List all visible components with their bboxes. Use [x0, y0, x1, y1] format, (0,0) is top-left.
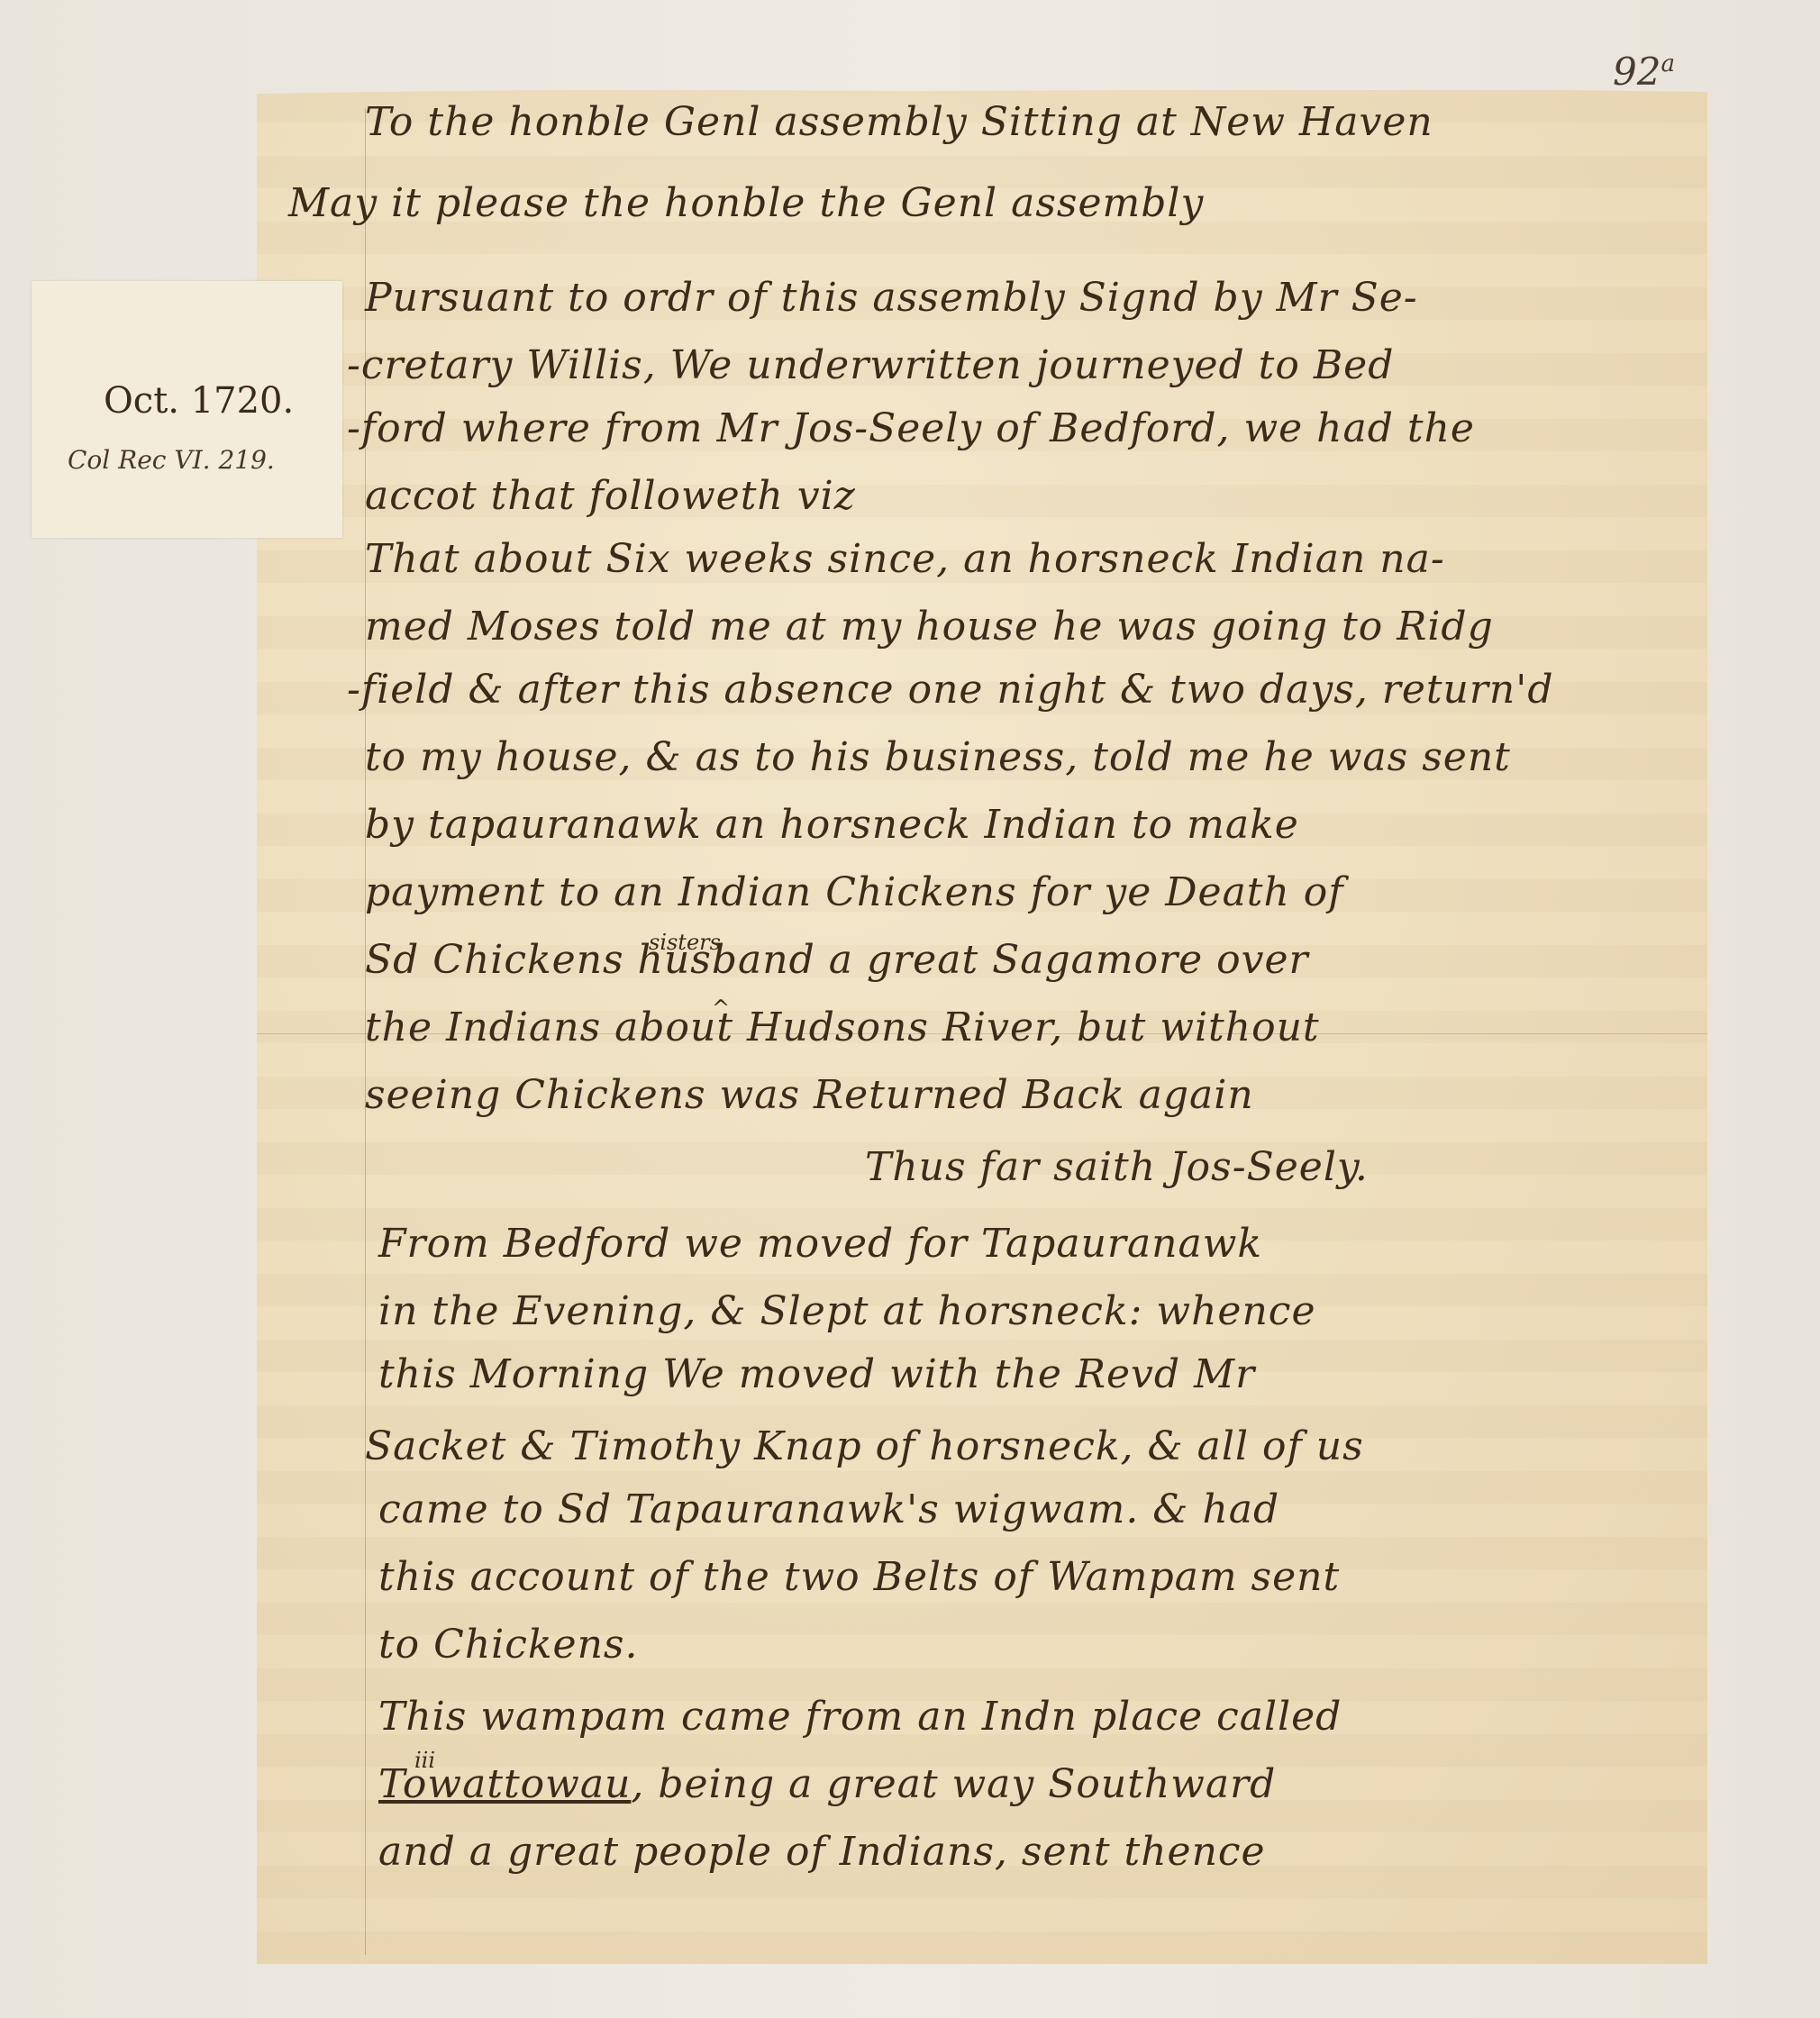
manuscript-line: -field & after this absence one night & …: [347, 667, 1554, 713]
manuscript-line: Sacket & Timothy Knap of horsneck, & all…: [365, 1423, 1364, 1469]
slip-date: Oct. 1720.: [104, 380, 294, 422]
manuscript-line: May it please the honble the Genl assemb…: [288, 180, 1204, 226]
manuscript-line: This wampam came from an Indn place call…: [378, 1694, 1342, 1740]
slip-reference: Col Rec VI. 219.: [68, 445, 275, 475]
manuscript-line: -cretary Willis, We underwritten journey…: [347, 342, 1394, 388]
manuscript-line: From Bedford we moved for Tapauranawk: [378, 1221, 1262, 1267]
manuscript-line: payment to an Indian Chickens for ye Dea…: [365, 869, 1344, 915]
manuscript-line: Thus far saith Jos-Seely.: [865, 1144, 1369, 1190]
interlineation: iii: [414, 1748, 435, 1773]
manuscript-line: in the Evening, & Slept at horsneck: whe…: [378, 1288, 1315, 1334]
manuscript-line: and a great people of Indians, sent then…: [378, 1829, 1266, 1875]
manuscript-line: Sd Chickens husband a great Sagamore ove…: [365, 937, 1309, 983]
manuscript-line: accot that followeth viz: [365, 473, 856, 519]
manuscript-line: the Indians about Hudsons River, but wit…: [365, 1004, 1320, 1050]
manuscript-line: seeing Chickens was Returned Back again: [365, 1072, 1254, 1118]
manuscript-line: came to Sd Tapauranawk's wigwam. & had: [378, 1486, 1279, 1532]
manuscript-line: by tapauranawk an horsneck Indian to mak…: [365, 802, 1299, 848]
manuscript-line: to Chickens.: [378, 1622, 638, 1668]
archival-date-slip: Oct. 1720. Col Rec VI. 219.: [32, 281, 342, 538]
interlineation: ^: [712, 995, 730, 1021]
manuscript-line: this account of the two Belts of Wampam …: [378, 1554, 1340, 1600]
manuscript-line: med Moses told me at my house he was goi…: [365, 604, 1494, 650]
manuscript-line: That about Six weeks since, an horsneck …: [365, 536, 1445, 582]
interlineation: sisters: [649, 930, 721, 955]
manuscript-line: this Morning We moved with the Revd Mr: [378, 1351, 1255, 1397]
manuscript-line: Pursuant to ordr of this assembly Signd …: [365, 275, 1418, 321]
manuscript-line: To the honble Genl assembly Sitting at N…: [365, 99, 1433, 145]
manuscript-line: Towattowau, being a great way Southward: [378, 1761, 1276, 1807]
folio-number: 92a: [1613, 50, 1675, 94]
manuscript-line: -ford where from Mr Jos-Seely of Bedford…: [347, 405, 1475, 451]
manuscript-line: to my house, & as to his business, told …: [365, 734, 1511, 780]
